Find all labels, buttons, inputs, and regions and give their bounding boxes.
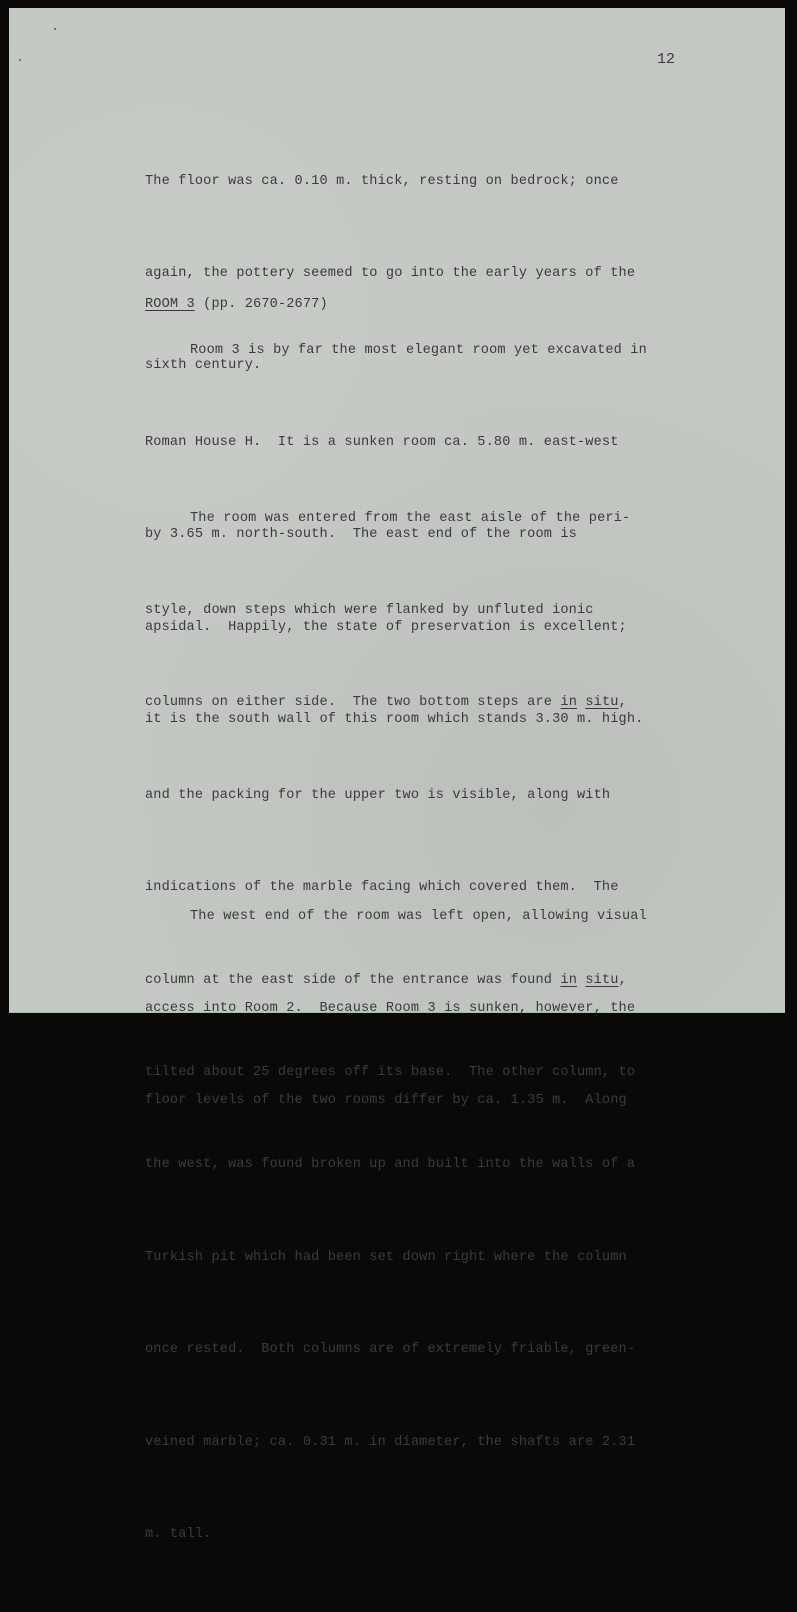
- page-number: 12: [657, 51, 675, 68]
- text-line: columns on either side. The two bottom s…: [145, 695, 560, 710]
- document-page: 12 The floor was ca. 0.10 m. thick, rest…: [9, 8, 785, 1013]
- scan-speck: [54, 28, 56, 30]
- text-line: Room 3 is by far the most elegant room y…: [145, 336, 725, 367]
- paragraph-west-end: The west end of the room was left open, …: [145, 840, 725, 1024]
- text-line: The floor was ca. 0.10 m. thick, resting…: [145, 167, 725, 198]
- text-line: style, down steps which were flanked by …: [145, 596, 725, 627]
- emphasis-situ: situ: [585, 695, 618, 710]
- scan-speck: [19, 59, 21, 61]
- text-line: The west end of the room was left open, …: [145, 902, 725, 933]
- text-line: The room was entered from the east aisle…: [145, 504, 725, 535]
- text-line: access into Room 2. Because Room 3 is su…: [145, 994, 725, 1024]
- text-line: and the packing for the upper two is vis…: [145, 781, 725, 812]
- emphasis-in: in: [560, 695, 577, 710]
